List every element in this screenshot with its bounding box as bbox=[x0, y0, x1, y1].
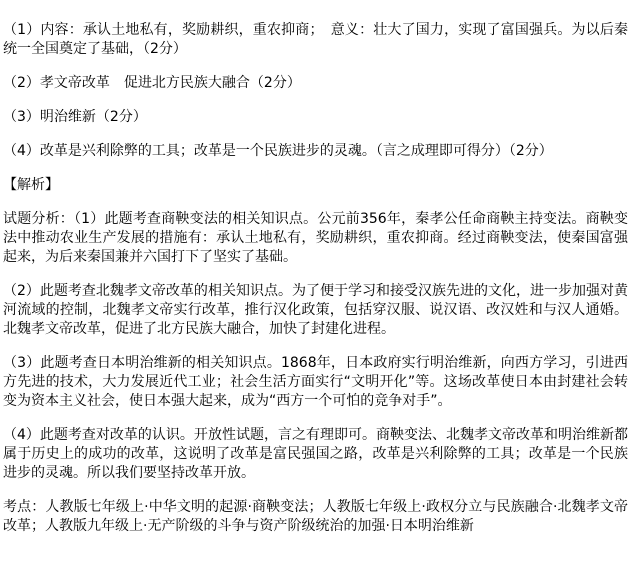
analysis-paragraph-4: （4）此题考查对改革的认识。开放性试题，言之有理即可。商鞅变法、北魏孝文帝改革和… bbox=[3, 426, 628, 483]
exam-points: 考点：人教版七年级上·中华文明的起源·商鞅变法；人教版七年级上·政权分立与民族融… bbox=[3, 498, 628, 536]
analysis-paragraph-3: （3）此题考查日本明治维新的相关知识点。1868年，日本政府实行明治维新，向西方… bbox=[3, 354, 628, 411]
analysis-paragraph-2: （2）此题考查北魏孝文帝改革的相关知识点。为了便于学习和接受汉族先进的文化，进一… bbox=[3, 282, 628, 339]
answer-line-2: （2）孝文帝改革 促进北方民族大融合（2分） bbox=[3, 74, 628, 93]
answer-line-1: （1）内容：承认土地私有，奖励耕织，重农抑商； 意义：壮大了国力，实现了富国强兵… bbox=[3, 21, 628, 59]
analysis-section: 试题分析：（1）此题考查商鞅变法的相关知识点。公元前356年，秦孝公任命商鞅主持… bbox=[3, 210, 628, 483]
answers-section: （1）内容：承认土地私有，奖励耕织，重农抑商； 意义：壮大了国力，实现了富国强兵… bbox=[3, 21, 628, 161]
answer-line-3: （3）明治维新（2分） bbox=[3, 108, 628, 127]
analysis-paragraph-1: 试题分析：（1）此题考查商鞅变法的相关知识点。公元前356年，秦孝公任命商鞅主持… bbox=[3, 210, 628, 267]
exam-answer-document: （1）内容：承认土地私有，奖励耕织，重农抑商； 意义：壮大了国力，实现了富国强兵… bbox=[0, 0, 630, 567]
answer-line-4: （4）改革是兴利除弊的工具；改革是一个民族进步的灵魂。（言之成理即可得分）（2分… bbox=[3, 142, 628, 161]
analysis-header: 【解析】 bbox=[3, 176, 628, 195]
